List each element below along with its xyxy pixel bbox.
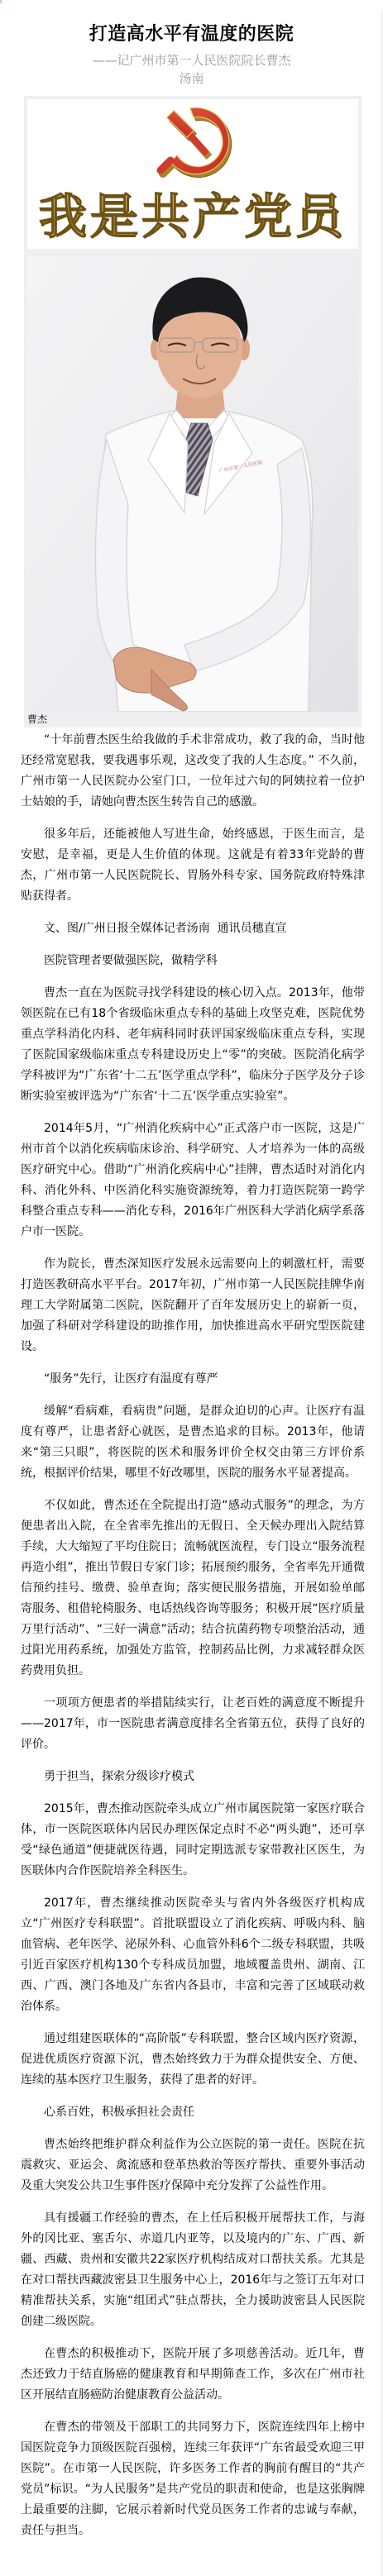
portrait-photo: 广州市第一人民医院 <box>27 256 358 712</box>
article-author: 汤南 <box>0 69 383 88</box>
paragraph: 曹杰一直在为医院寻找学科建设的核心切入点。2013年，他带领医院在已有18个省级… <box>21 983 365 1107</box>
paragraph: 不仅如此，曹杰还在全院提出打造“感动式服务”的理念，为方便患者出入院，在全省率先… <box>21 1496 365 1682</box>
byline: 文、图/广州日报全媒体记者汤南 通讯员穗直宣 <box>21 918 365 939</box>
paragraph: 在曹杰的带领及干部职工的共同努力下，医院连续四年上榜中国医院竞争力顶级医院百强榜… <box>21 2417 365 2541</box>
paragraph: 2017年，曹杰继续推动医院牵头与省内外各级医疗机构成立“广州医疗专科联盟”。首… <box>21 1893 365 2017</box>
party-slogan: 我是共产党员 <box>39 188 347 245</box>
article-body: “十年前曹杰医生给我做的手术非常成功，救了我的命，当时他还经常宽慰我，要我遇事乐… <box>21 727 365 2541</box>
paragraph: 作为院长，曹杰深知医疗发展永远需要向上的刺激杠杆，需要打造医教研高水平平台。20… <box>21 1254 365 1357</box>
page-right-border <box>381 11 382 2576</box>
article-title: 打造高水平有温度的医院 <box>0 0 383 47</box>
corner-mark <box>0 0 2 3</box>
paragraph: 2015年，曹杰推动医院牵头成立广州市属医院第一家医疗联合体，市一医院医联体内居… <box>21 1799 365 1882</box>
paragraph: 通过组建医联体的“高阶版”专科联盟，整合区域内医疗资源，促进优质医疗资源下沉，曹… <box>21 2029 365 2091</box>
article-page: 打造高水平有温度的医院 ——记广州市第一人民医院院长曹杰 汤南 <box>0 0 383 2576</box>
paragraph: 曹杰始终把维护群众利益作为公立医院的第一责任。医院在抗震救灾、亚运会、禽流感和登… <box>21 2135 365 2197</box>
article-subtitle: ——记广州市第一人民医院院长曹杰 <box>0 51 383 69</box>
paragraph: “十年前曹杰医生给我做的手术非常成功，救了我的命，当时他还经常宽慰我，要我遇事乐… <box>21 730 365 813</box>
paragraph: 一项项方便患者的举措陆续实行，让老百姓的满意度不断提升——2017年，市一医院患… <box>21 1693 365 1755</box>
section-heading: 心系百姓，积极承担社会责任 <box>21 2102 365 2123</box>
section-heading: 医院管理者要做强医院，做精学科 <box>21 951 365 971</box>
paragraph: 很多年后，还能被他人写进生命，始终感恩，于医生而言，是安慰，是幸福，更是人生价值… <box>21 824 365 907</box>
photo-caption: 曹杰 <box>27 712 358 727</box>
paragraph: 在曹杰的积极推动下，医院开展了多项慈善活动。近几年，曹杰还致力于结直肠癌的健康教… <box>21 2344 365 2406</box>
paragraph: 缓解“看病难，看病贵”问题，是群众迫切的心声。让医疗有温度有尊严，让患者舒心就医… <box>21 1401 365 1484</box>
article-figure: 我是共产党员 <box>24 96 361 727</box>
section-heading: 勇于担当，探索分级诊疗模式 <box>21 1767 365 1787</box>
party-banner-image: 我是共产党员 <box>27 99 358 249</box>
article-header: 打造高水平有温度的医院 ——记广州市第一人民医院院长曹杰 汤南 <box>0 0 383 88</box>
section-heading: “服务”先行，让医疗有温度有尊严 <box>21 1369 365 1390</box>
paragraph: 2014年5月，“广州消化疾病中心”正式落户市一医院，这是广州市首个以消化疾病临… <box>21 1119 365 1243</box>
paragraph: 具有援疆工作经验的曹杰，在上任后积极开展帮扶工作，与海外的冈比亚、塞舌尔、赤道几… <box>21 2208 365 2332</box>
